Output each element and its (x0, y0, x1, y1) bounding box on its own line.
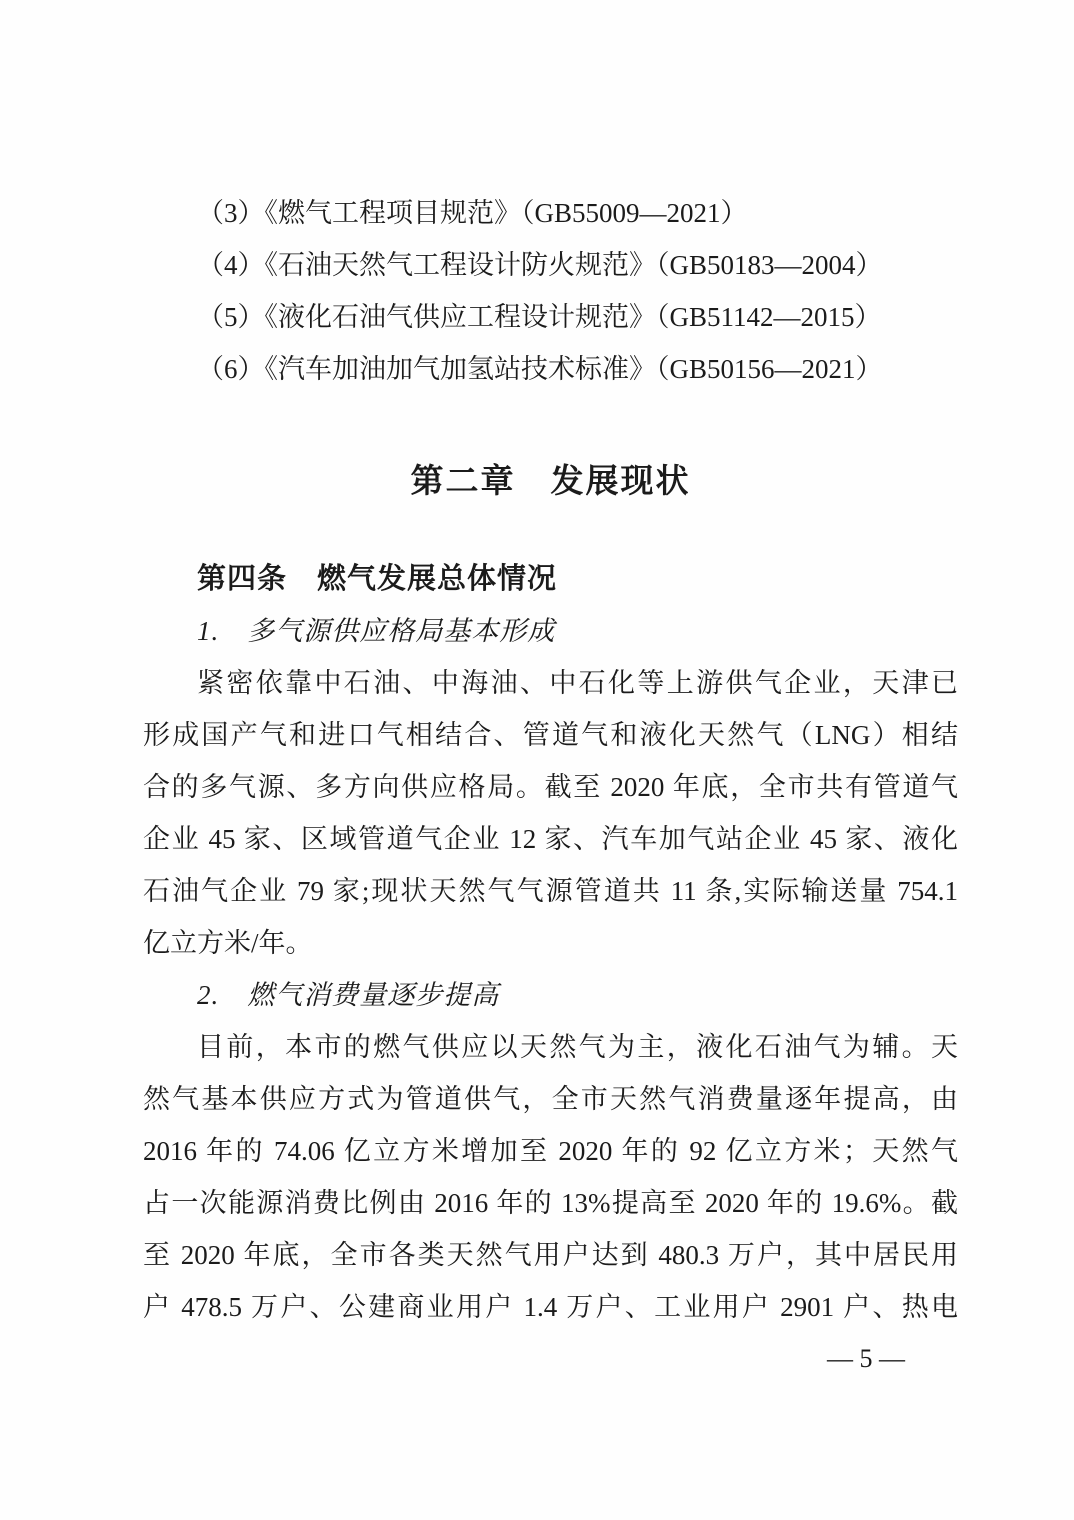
paragraph-line: 至 2020 年底，全市各类天然气用户达到 480.3 万户，其中居民用 (143, 1229, 958, 1281)
paragraph-2: 目前，本市的燃气供应以天然气为主，液化石油气为辅。天 然气基本供应方式为管道供气… (143, 1021, 958, 1333)
reference-item: （4）《石油天然气工程设计防火规范》（GB50183—2004） (143, 239, 958, 291)
page-content: （3）《燃气工程项目规范》（GB55009—2021） （4）《石油天然气工程设… (143, 187, 958, 1385)
item-1-heading: 1. 多气源供应格局基本形成 (143, 605, 958, 657)
document-page: （3）《燃气工程项目规范》（GB55009—2021） （4）《石油天然气工程设… (0, 0, 1074, 1520)
paragraph-line: 企业 45 家、区域管道气企业 12 家、汽车加气站企业 45 家、液化 (143, 813, 958, 865)
paragraph-line: 形成国产气和进口气相结合、管道气和液化天然气（LNG）相结 (143, 709, 958, 761)
chapter-heading: 第二章 发展现状 (143, 455, 958, 507)
item-2-heading: 2. 燃气消费量逐步提高 (143, 969, 958, 1021)
paragraph-line: 2016 年的 74.06 亿立方米增加至 2020 年的 92 亿立方米；天然… (143, 1125, 958, 1177)
reference-list: （3）《燃气工程项目规范》（GB55009—2021） （4）《石油天然气工程设… (143, 187, 958, 395)
paragraph-line: 目前，本市的燃气供应以天然气为主，液化石油气为辅。天 (143, 1021, 958, 1073)
paragraph-1: 紧密依靠中石油、中海油、中石化等上游供气企业，天津已 形成国产气和进口气相结合、… (143, 657, 958, 969)
reference-item: （6）《汽车加油加气加氢站技术标准》（GB50156—2021） (143, 343, 958, 395)
paragraph-line: 石油气企业 79 家;现状天然气气源管道共 11 条,实际输送量 754.1 (143, 865, 958, 917)
page-number: — 5 — (143, 1333, 958, 1385)
paragraph-line: 占一次能源消费比例由 2016 年的 13%提高至 2020 年的 19.6%。… (143, 1177, 958, 1229)
section-heading: 第四条 燃气发展总体情况 (143, 553, 958, 605)
reference-item: （3）《燃气工程项目规范》（GB55009—2021） (143, 187, 958, 239)
paragraph-line: 户 478.5 万户、公建商业用户 1.4 万户、工业用户 2901 户、热电 (143, 1281, 958, 1333)
paragraph-line: 然气基本供应方式为管道供气，全市天然气消费量逐年提高，由 (143, 1073, 958, 1125)
paragraph-line: 亿立方米/年。 (143, 917, 958, 969)
reference-item: （5）《液化石油气供应工程设计规范》（GB51142—2015） (143, 291, 958, 343)
paragraph-line: 紧密依靠中石油、中海油、中石化等上游供气企业，天津已 (143, 657, 958, 709)
paragraph-line: 合的多气源、多方向供应格局。截至 2020 年底，全市共有管道气 (143, 761, 958, 813)
